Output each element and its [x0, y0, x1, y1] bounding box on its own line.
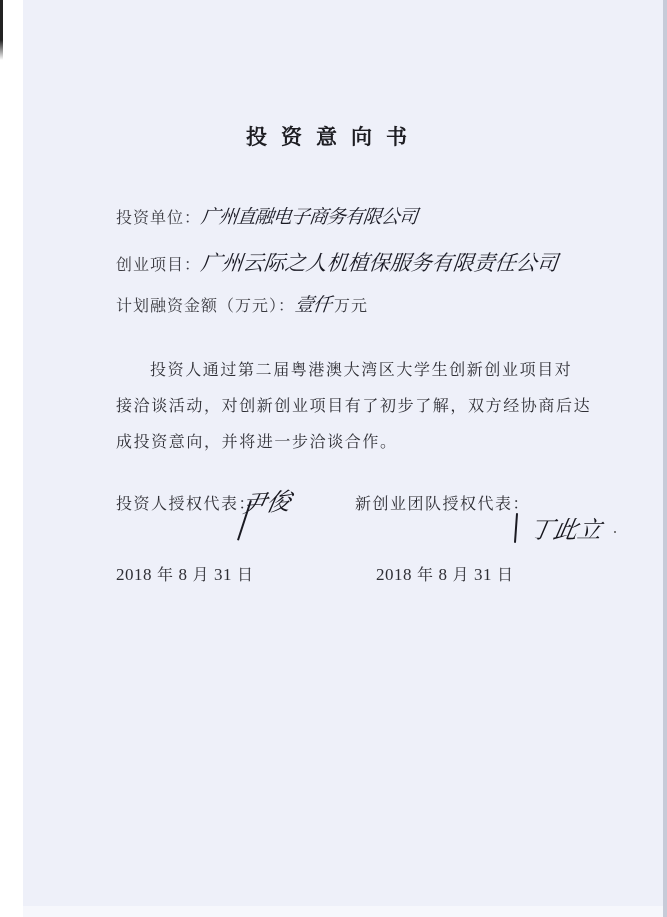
- investor-unit-label: 投资单位：: [116, 205, 201, 228]
- startup-representative-label: 新创业团队授权代表：: [355, 491, 530, 514]
- document-title: 投资意向书: [0, 121, 667, 151]
- investor-representative-label: 投资人授权代表：: [116, 491, 256, 514]
- body-line: 投资人通过第二届粤港澳大湾区大学生创新创业项目对: [116, 352, 586, 388]
- paper-bottom-edge: [23, 906, 667, 917]
- body-paragraph: 投资人通过第二届粤港澳大湾区大学生创新创业项目对 接洽谈活动，对创新创业项目有了…: [116, 352, 586, 460]
- date-day: 31: [474, 565, 492, 584]
- date-year-unit: 年: [417, 565, 434, 584]
- date-day: 31: [214, 565, 232, 584]
- startup-project-value: 广州云际之人机植保服务有限责任公司: [199, 247, 559, 277]
- planned-financing-unit: 万元: [334, 293, 368, 316]
- date-month: 8: [439, 565, 448, 584]
- planned-financing-value: 壹仟: [294, 290, 333, 317]
- date-year: 2018: [376, 565, 412, 584]
- startup-project-label: 创业项目：: [116, 252, 201, 275]
- investor-unit-value: 广州直融电子商务有限公司: [200, 202, 419, 229]
- body-line: 接洽谈活动，对创新创业项目有了初步了解，双方经协商后达: [116, 388, 586, 424]
- date-month-unit: 月: [193, 565, 210, 584]
- startup-date: 2018年8月31日: [376, 562, 519, 585]
- ink-speck: [614, 531, 616, 533]
- date-day-unit: 日: [237, 565, 254, 584]
- date-month-unit: 月: [453, 565, 470, 584]
- field-planned-financing: 计划融资金额（万元）： 壹仟 万元: [116, 290, 368, 317]
- startup-signature: 丁此立: [527, 510, 605, 545]
- date-year: 2018: [116, 565, 152, 584]
- investor-date: 2018年8月31日: [116, 562, 259, 585]
- date-year-unit: 年: [157, 565, 174, 584]
- field-startup-project: 创业项目： 广州云际之人机植保服务有限责任公司: [116, 247, 558, 277]
- date-day-unit: 日: [497, 565, 514, 584]
- date-month: 8: [179, 565, 188, 584]
- field-investor-unit: 投资单位： 广州直融电子商务有限公司: [116, 202, 417, 229]
- body-line: 成投资意向，并将进一步洽谈合作。: [116, 424, 586, 460]
- planned-financing-label: 计划融资金额（万元）：: [116, 293, 295, 316]
